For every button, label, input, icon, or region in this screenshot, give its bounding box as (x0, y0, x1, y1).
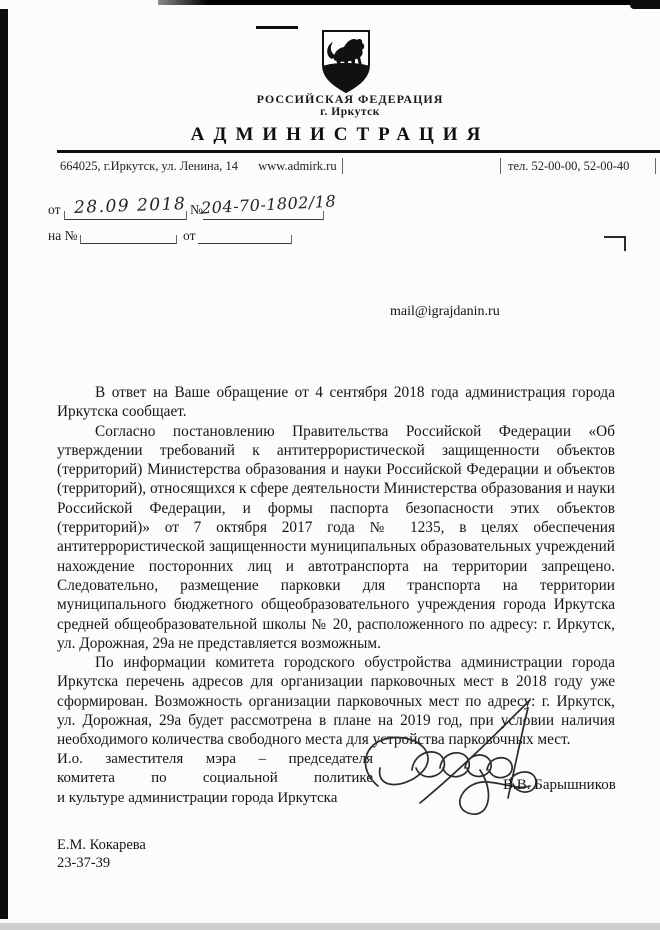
letterhead-country: РОССИЙСКАЯ ФЕДЕРАЦИЯ (130, 92, 570, 107)
irkutsk-babr-coat-of-arms-icon (320, 29, 372, 95)
ref-line-tick (323, 211, 324, 220)
ref-number-line (203, 219, 323, 220)
signature-title-line: комитета по социальной политике (57, 769, 373, 788)
reply-number-label: на № (48, 228, 77, 244)
postal-address: 664025, г.Иркутск, ул. Ленина, 14 (60, 159, 238, 173)
address-divider-tick (342, 158, 343, 174)
reply-line-tick (176, 235, 177, 244)
signature-title-line: И.о. заместителя мэра – председателя (57, 750, 373, 769)
letterhead-organization-title: АДМИНИСТРАЦИЯ (20, 124, 660, 146)
signature-title-line: и культуре администрации города Иркутска (57, 789, 373, 808)
letter-body: В ответ на Ваше обращение от 4 сентября … (57, 383, 615, 750)
body-paragraph: В ответ на Ваше обращение от 4 сентября … (57, 383, 615, 422)
scan-artifact-top-bar (158, 0, 660, 5)
ref-date-label: от (48, 202, 60, 218)
executor-phone: 23-37-39 (57, 854, 110, 872)
signature-title-block: И.о. заместителя мэра – председателя ком… (57, 750, 373, 808)
scan-artifact-left-strip (0, 9, 8, 919)
ref-line-tick (64, 211, 65, 220)
phone-end-tick (655, 158, 656, 174)
reply-line-tick (291, 235, 292, 244)
ref-date-line (64, 219, 186, 220)
website: www.admirk.ru (258, 159, 336, 173)
letterhead-city: г. Иркутск (130, 106, 570, 118)
letterhead-rule (57, 150, 660, 153)
scanned-letter-page: РОССИЙСКАЯ ФЕДЕРАЦИЯ г. Иркутск АДМИНИСТ… (0, 0, 660, 930)
letterhead-address-line: 664025, г.Иркутск, ул. Ленина, 14 www.ad… (60, 159, 337, 174)
reply-date-label: от (183, 228, 195, 244)
signer-name: В.В. Барышников (503, 777, 616, 794)
ref-number-handwritten: 204-70-1802/18 (201, 191, 337, 217)
letterhead-phones: тел. 52-00-00, 52-00-40 (508, 159, 629, 174)
signature-scribble (350, 698, 650, 833)
reply-line-tick (80, 235, 81, 244)
reply-date-line (198, 243, 291, 244)
executor-name: Е.М. Кокарева (57, 836, 146, 854)
scan-artifact-small-line (256, 26, 298, 29)
scan-artifact-bottom-band (0, 923, 660, 930)
ref-date-handwritten: 28.09 2018 (74, 194, 187, 218)
reply-number-line (80, 243, 176, 244)
address-corner-bracket (604, 236, 626, 251)
body-paragraph: Согласно постановлению Правительства Рос… (57, 422, 615, 654)
recipient-email: mail@igrajdanin.ru (390, 304, 500, 320)
phone-divider-tick (500, 158, 501, 174)
scan-artifact-top-right-blob (630, 0, 660, 9)
